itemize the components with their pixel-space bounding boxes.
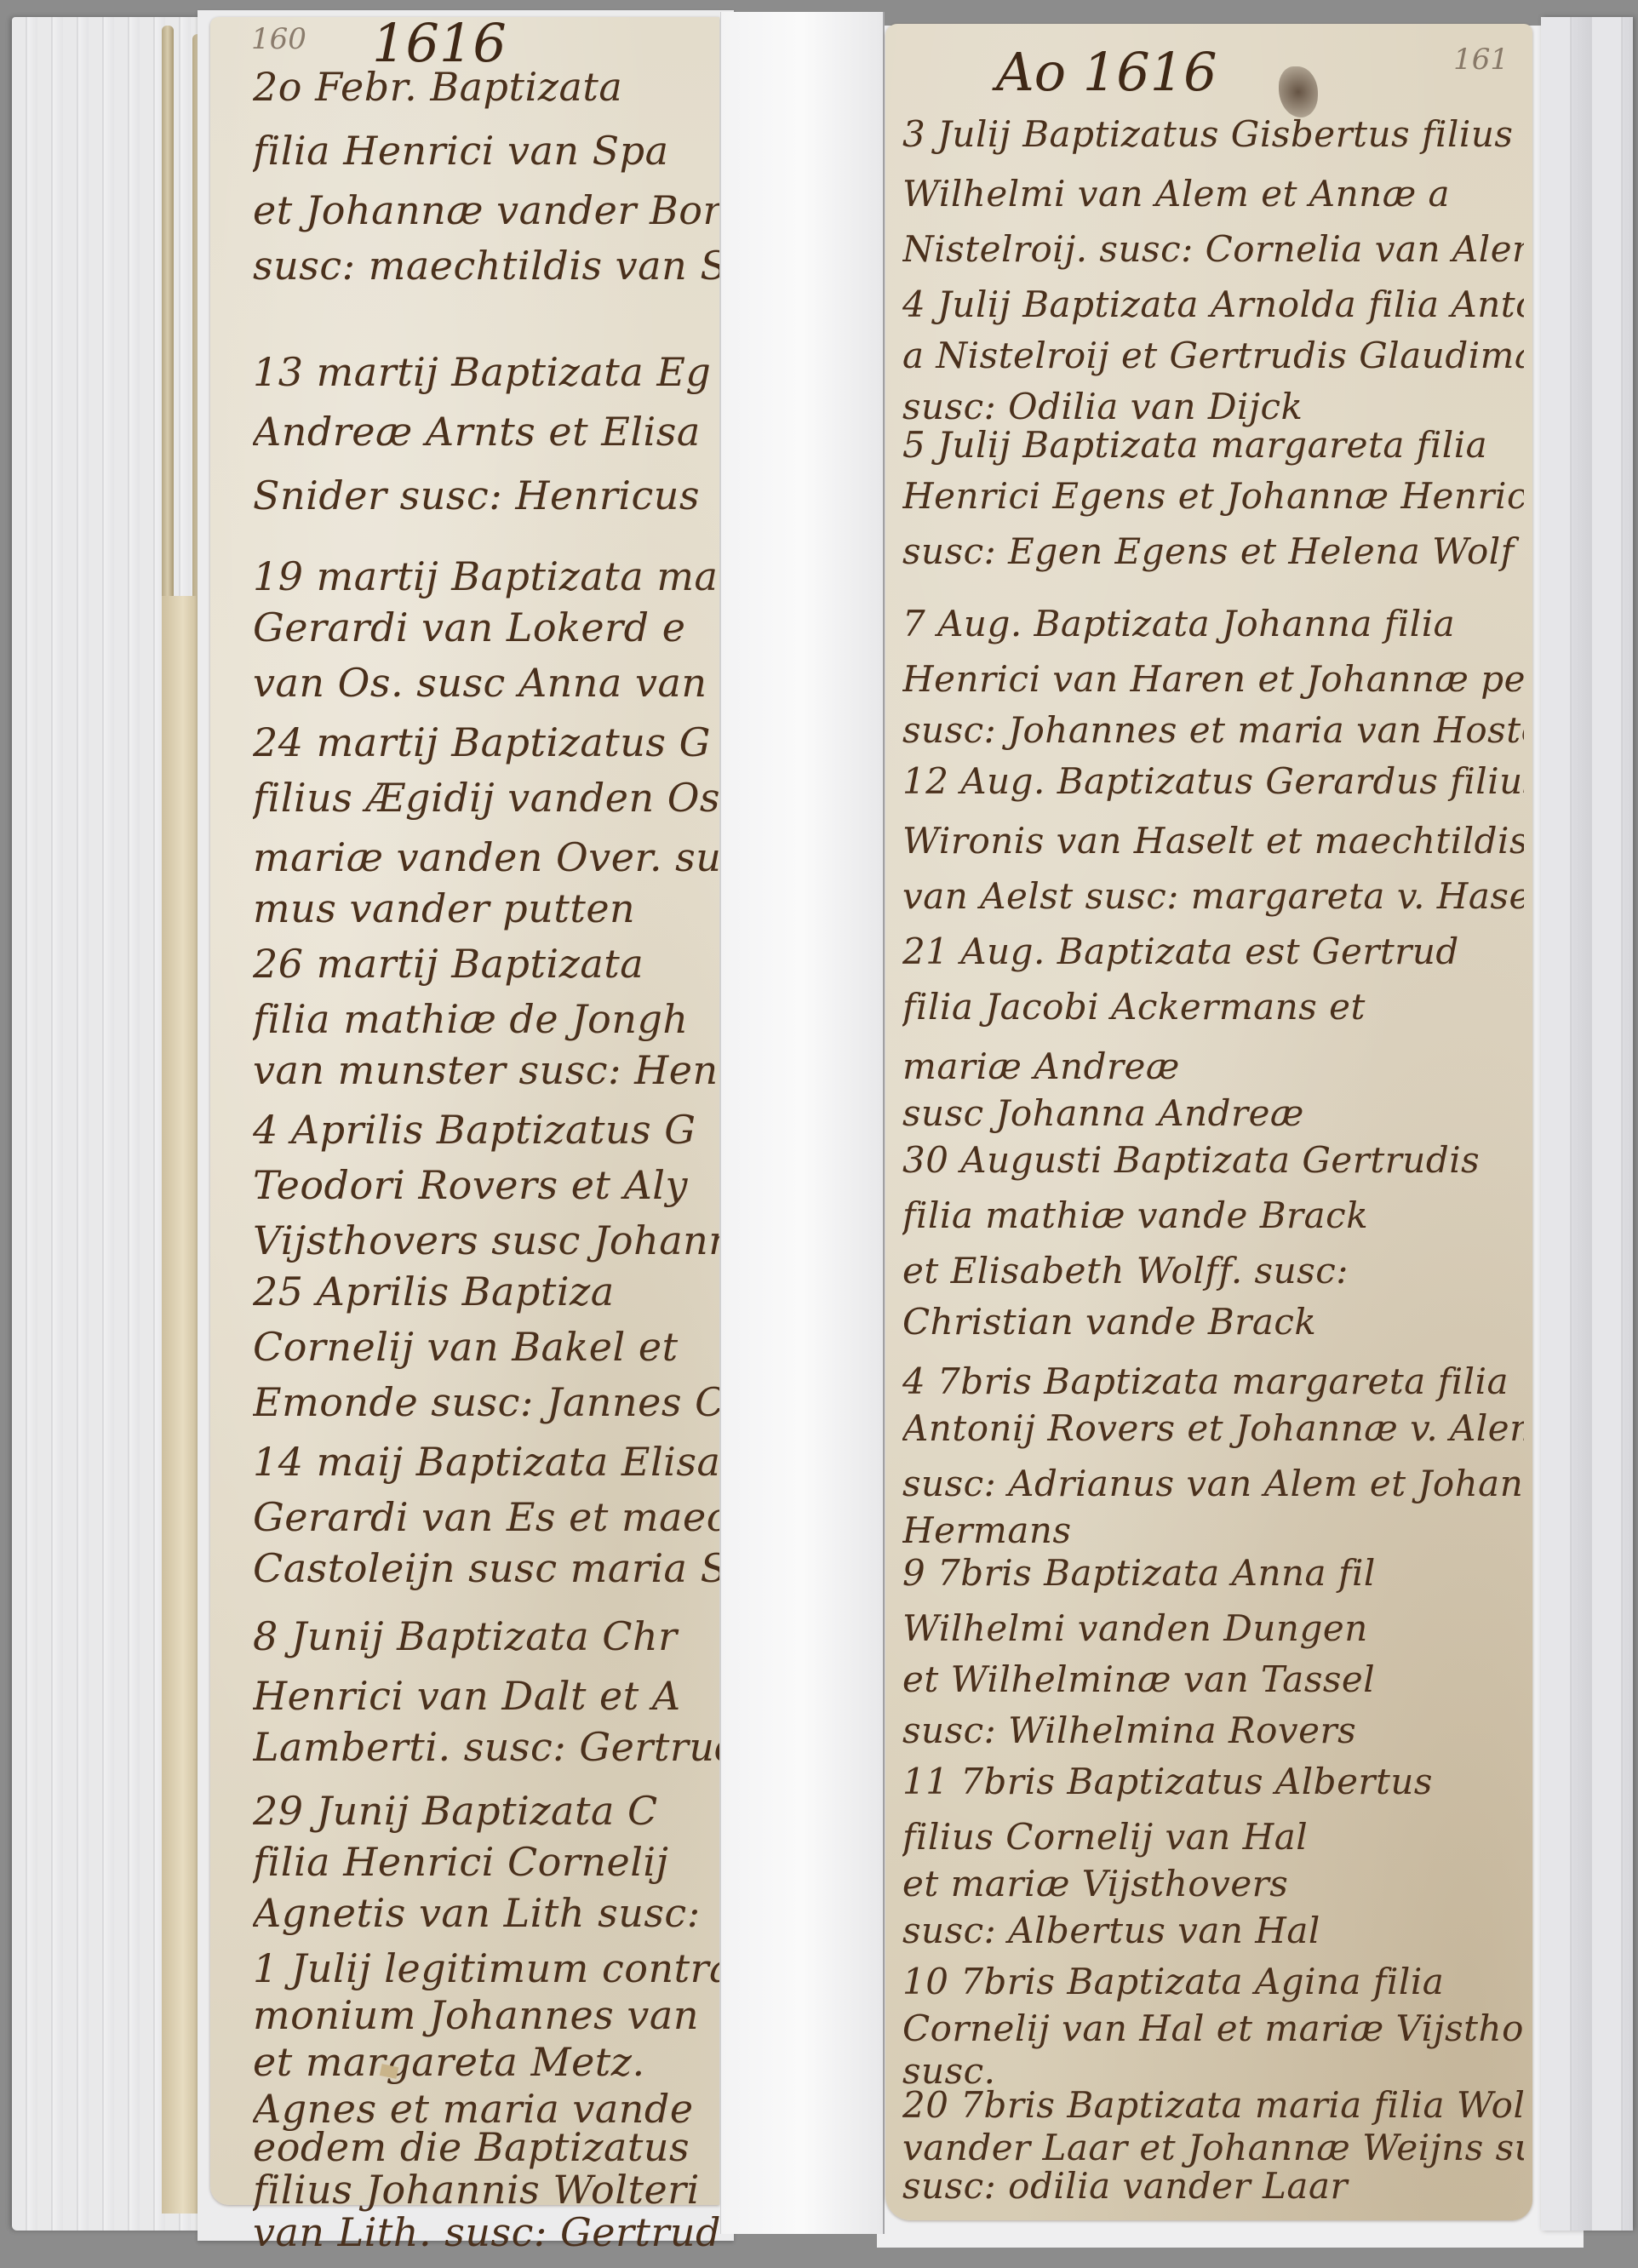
register-line: Cornelij van Bakel et [253,1324,719,1370]
register-entries: 3 Julij Baptizatus Gisbertus filiusWilhe… [885,24,1532,2220]
register-line: Hermans [902,1509,1524,1551]
register-line: mariæ Andreæ [902,1045,1524,1087]
register-line: 3 Julij Baptizatus Gisbertus filius [902,113,1524,155]
register-line: Emonde susc: Jannes Ce [253,1379,719,1425]
register-line: susc: odilia vander Laar [902,2165,1524,2207]
register-line: et mariæ Vijsthovers [902,1863,1524,1904]
register-line: 8 Junij Baptizata Chr [253,1613,719,1659]
register-line: filius Cornelij van Hal [902,1816,1524,1858]
register-line: Christian vande Brack [902,1301,1524,1343]
register-line: Antonij Rovers et Johannæ v. Alem [902,1407,1524,1449]
register-line: filia mathiæ de Jongh [253,996,719,1042]
register-line: 12 Aug. Baptizatus Gerardus filius [902,760,1524,802]
register-line: Andreæ Arnts et Elisa [253,409,719,455]
register-line: Wironis van Haselt et maechtildis [902,820,1524,862]
register-line: 4 Julij Baptizata Arnolda filia Antonij [902,283,1524,325]
register-line: Wilhelmi van Alem et Annæ a [902,173,1524,215]
register-line: et Johannæ vander Bor [253,187,719,233]
register-line: 29 Junij Baptizata C [253,1788,719,1834]
register-line: van munster susc: Henr [253,1047,719,1093]
register-line: Lamberti. susc: Gertrudis [253,1724,719,1770]
register-line: susc: Adrianus van Alem et Johanna [902,1463,1524,1504]
register-line: susc: Albertus van Hal [902,1910,1524,1951]
register-line: 10 7bris Baptizata Agina filia [902,1961,1524,2002]
left-page-stack [12,17,199,2231]
register-line: 7 Aug. Baptizata Johanna filia [902,603,1524,644]
register-line: van Lith. susc: Gertrudis [253,2209,719,2255]
register-line: mus vander putten [253,885,719,931]
right-page-stack [1541,17,1633,2231]
register-line: Vijsthovers susc Johanna v [253,1217,719,1263]
gutter-guard-strip [720,12,885,2234]
register-line: Nistelroij. susc: Cornelia van Alem [902,228,1524,270]
register-line: Snider susc: Henricus [253,472,719,518]
register-line: 30 Augusti Baptizata Gertrudis [902,1139,1524,1181]
register-line: filia Jacobi Ackermans et [902,986,1524,1028]
register-entries: 2o Febr. Baptizatafilia Henrici van Spae… [210,17,719,2205]
register-line: 1 Julij legitimum contra [253,1945,719,1991]
register-line: 19 martij Baptizata ma [253,553,719,599]
register-line: 13 martij Baptizata Eg [253,349,719,395]
register-line: 24 martij Baptizatus G [253,719,719,765]
register-line: filius Ægidij vanden Os [253,775,719,821]
register-line: 26 martij Baptizata [253,941,719,987]
register-line: 4 Aprilis Baptizatus G [253,1107,719,1153]
register-line: mariæ vanden Over. sus [253,834,719,880]
register-line: Wilhelmi vanden Dungen [902,1607,1524,1649]
register-line: et Elisabeth Wolff. susc: [902,1250,1524,1291]
register-line: Henrici van Haren et Johannæ petri [902,658,1524,700]
register-line: 4 7bris Baptizata margareta filia [902,1360,1524,1402]
register-line: Henrici Egens et Johannæ Henrici [902,475,1524,517]
register-line: a Nistelroij et Gertrudis Glaudimans [902,335,1524,376]
register-line: susc Johanna Andreæ [902,1092,1524,1134]
register-line: monium Johannes van [253,1992,719,2038]
register-line: Gerardi van Lokerd e [253,604,719,650]
register-line: 5 Julij Baptizata margareta filia [902,424,1524,466]
register-line: et Wilhelminæ van Tassel [902,1658,1524,1700]
register-line: 14 maij Baptizata Elisa [253,1439,719,1485]
register-line: 2o Febr. Baptizata [253,64,719,110]
register-line: 9 7bris Baptizata Anna fil [902,1552,1524,1594]
manuscript-page-right: Ao 1616 161 3 Julij Baptizatus Gisbertus… [885,24,1532,2220]
register-line: filia Henrici van Spa [253,128,719,174]
manuscript-page-left: 160 1616 2o Febr. Baptizatafilia Henrici… [210,17,719,2205]
register-line: Gerardi van Es et maech [253,1494,719,1540]
register-line: 11 7bris Baptizatus Albertus [902,1761,1524,1802]
register-line: susc: Odilia van Dijck [902,386,1524,427]
register-line: van Aelst susc: margareta v. Haselt [902,875,1524,917]
register-line: 20 7bris Baptizata maria filia Wolteri [902,2084,1524,2126]
register-line: Castoleijn susc maria S [253,1545,719,1591]
register-line: Agnetis van Lith susc: [253,1890,719,1936]
register-line: eodem die Baptizatus [253,2124,719,2170]
register-line: filia mathiæ vande Brack [902,1194,1524,1236]
register-line: susc: Egen Egens et Helena Wolf [902,530,1524,572]
register-line: Teodori Rovers et Aly [253,1162,719,1208]
register-line: 25 Aprilis Baptiza [253,1269,719,1314]
register-line: Henrici van Dalt et A [253,1673,719,1719]
register-line: filia Henrici Cornelij [253,1839,719,1885]
register-line: 21 Aug. Baptizata est Gertrud [902,931,1524,972]
register-line: susc: Wilhelmina Rovers [902,1710,1524,1751]
register-line: susc: Johannes et maria van Hosten [902,709,1524,751]
register-line: vander Laar et Johannæ Weijns susc. Toni… [902,2127,1524,2168]
register-line: filius Johannis Wolteri [253,2167,719,2213]
register-line: van Os. susc Anna van [253,660,719,706]
register-line: et margareta Metz. [253,2039,719,2085]
register-line: Cornelij van Hal et mariæ Vijsthovers [902,2007,1524,2049]
register-line: susc: maechtildis van S [253,243,719,289]
